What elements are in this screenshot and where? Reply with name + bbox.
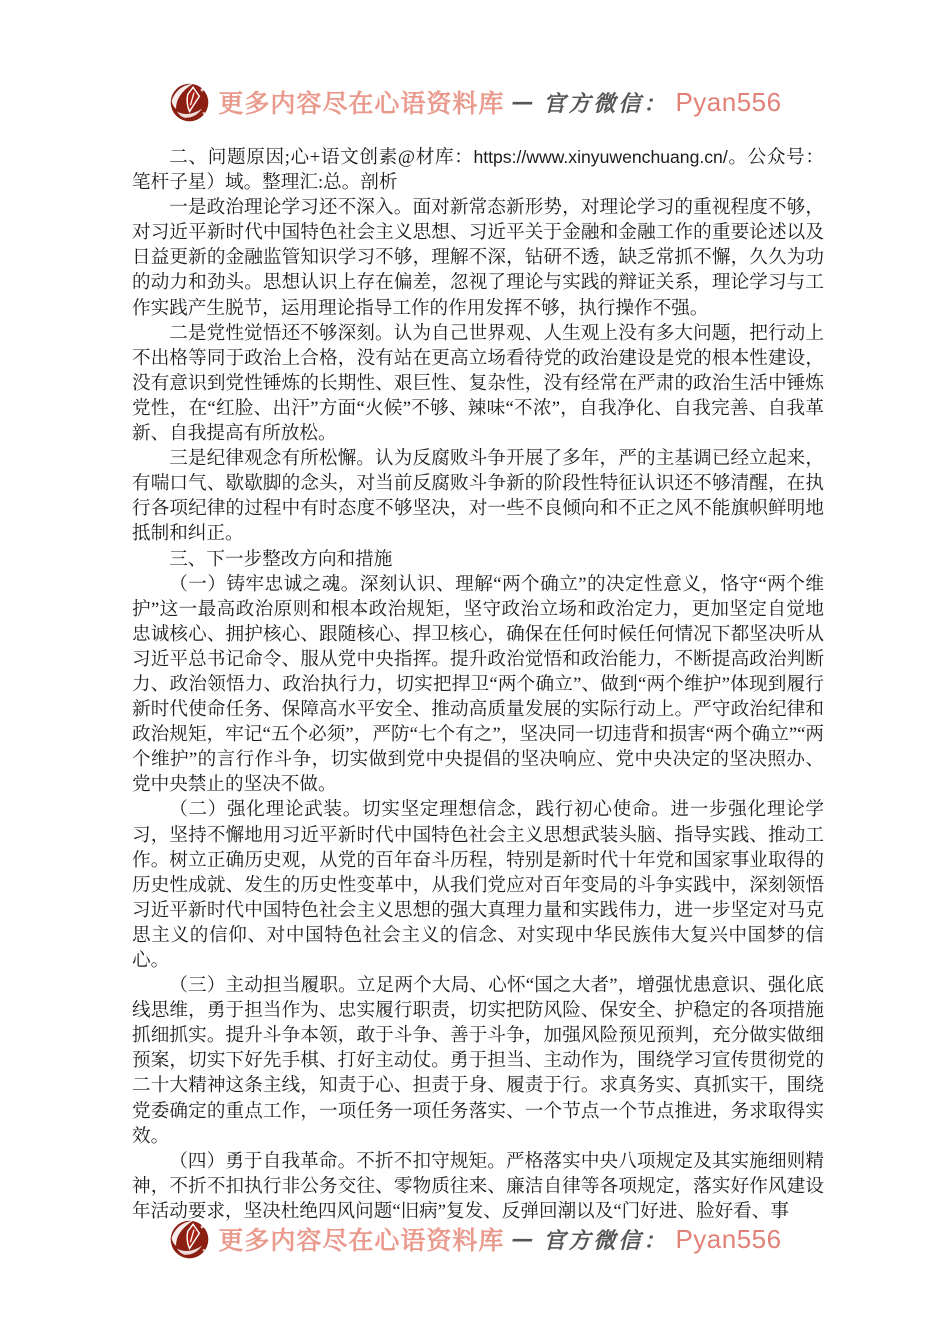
paragraph-cause-3-discipline: 三是纪律观念有所松懈。认为反腐败斗争开展了多年，严的主基调已经立起来，有喘口气、… [132, 446, 824, 546]
watermark-divider: — [511, 1226, 536, 1252]
source-url-text: https://www.xinyuwenchuang.cn/ [473, 147, 727, 167]
paragraph-measure-2-theory-arming: （二）强化理论武装。切实坚定理想信念，践行初心使命。进一步强化理论学习，坚持不懈… [132, 797, 824, 973]
pen-nib-logo-icon [168, 79, 211, 126]
watermark-bottom: 更多内容尽在心语资料库—官方微信： Pyan556 [0, 1214, 950, 1264]
watermark-channel-label: 官方微信： [543, 87, 668, 118]
paragraph-problem-causes: 二、问题原因;心+语文创素@材库：https://www.xinyuwenchu… [132, 145, 824, 195]
paragraph-cause-1-theory-study: 一是政治理论学习还不深入。面对新常态新形势，对理论学习的重视程度不够，对习近平新… [132, 195, 824, 320]
paragraph-measure-3-duty: （三）主动担当履职。立足两个大局、心怀“国之大者”，增强忧患意识、强化底线思维，… [132, 973, 824, 1149]
paragraph-cause-2-party-awareness: 二是党性觉悟还不够深刻。认为自己世界观、人生观上没有多大问题，把行动上不出格等同… [132, 321, 824, 446]
watermark-brand-text: 更多内容尽在心语资料库 [218, 84, 504, 120]
heading-rectification-measures: 三、下一步整改方向和措施 [132, 547, 824, 572]
paragraph-measure-1-loyalty: （一）铸牢忠诚之魂。深刻认识、理解“两个确立”的决定性意义，恪守“两个维护”这一… [132, 572, 824, 798]
document-page: 更多内容尽在心语资料库—官方微信： Pyan556 二、问题原因;心+语文创素@… [0, 0, 950, 1344]
watermark-channel-label: 官方微信： [543, 1224, 668, 1255]
watermark-divider: — [511, 89, 536, 115]
paragraph-problem-causes-prefix: 二、问题原因;心+语文创素@材库： [169, 147, 473, 168]
watermark-brand-text: 更多内容尽在心语资料库 [218, 1221, 504, 1257]
pen-nib-logo-icon [168, 1216, 211, 1263]
paragraph-measure-4-self-revolution: （四）勇于自我革命。不折不扣守规矩。严格落实中央八项规定及其实施细则精神，不折不… [132, 1149, 824, 1224]
watermark-top: 更多内容尽在心语资料库—官方微信： Pyan556 [0, 77, 950, 127]
watermark-wechat-id: Pyan556 [675, 1224, 781, 1255]
document-body: 二、问题原因;心+语文创素@材库：https://www.xinyuwenchu… [132, 145, 824, 1224]
watermark-wechat-id: Pyan556 [675, 87, 781, 118]
